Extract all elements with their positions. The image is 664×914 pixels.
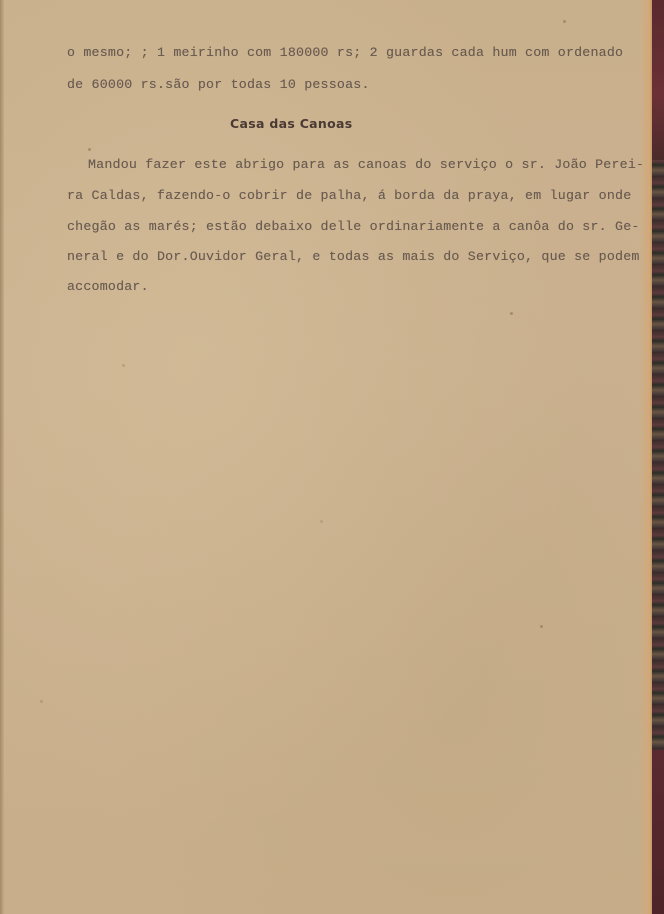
text-line: accomodar. (67, 279, 149, 294)
ink-speck (88, 148, 91, 151)
binding-lower (652, 750, 664, 914)
ink-speck (40, 700, 43, 703)
text-line: de 60000 rs.são por todas 10 pessoas. (67, 77, 370, 92)
ink-speck (122, 364, 125, 367)
ink-speck (320, 520, 323, 523)
scanned-page: o mesmo; ; 1 meirinho com 180000 rs; 2 g… (0, 0, 652, 914)
ink-speck (540, 625, 543, 628)
text-line: Mandou fazer este abrigo para as canoas … (88, 157, 644, 172)
binding-upper (652, 0, 664, 160)
section-title: Casa das Canoas (230, 116, 352, 131)
text-line: neral e do Dor.Ouvidor Geral, e todas as… (67, 249, 640, 264)
book-binding-edge (652, 0, 664, 914)
text-line: ra Caldas, fazendo-o cobrir de palha, á … (67, 188, 631, 203)
text-line: chegão as marés; estão debaixo delle ord… (67, 219, 640, 234)
ink-speck (563, 20, 566, 23)
text-line: o mesmo; ; 1 meirinho com 180000 rs; 2 g… (67, 45, 623, 60)
ink-speck (510, 312, 513, 315)
